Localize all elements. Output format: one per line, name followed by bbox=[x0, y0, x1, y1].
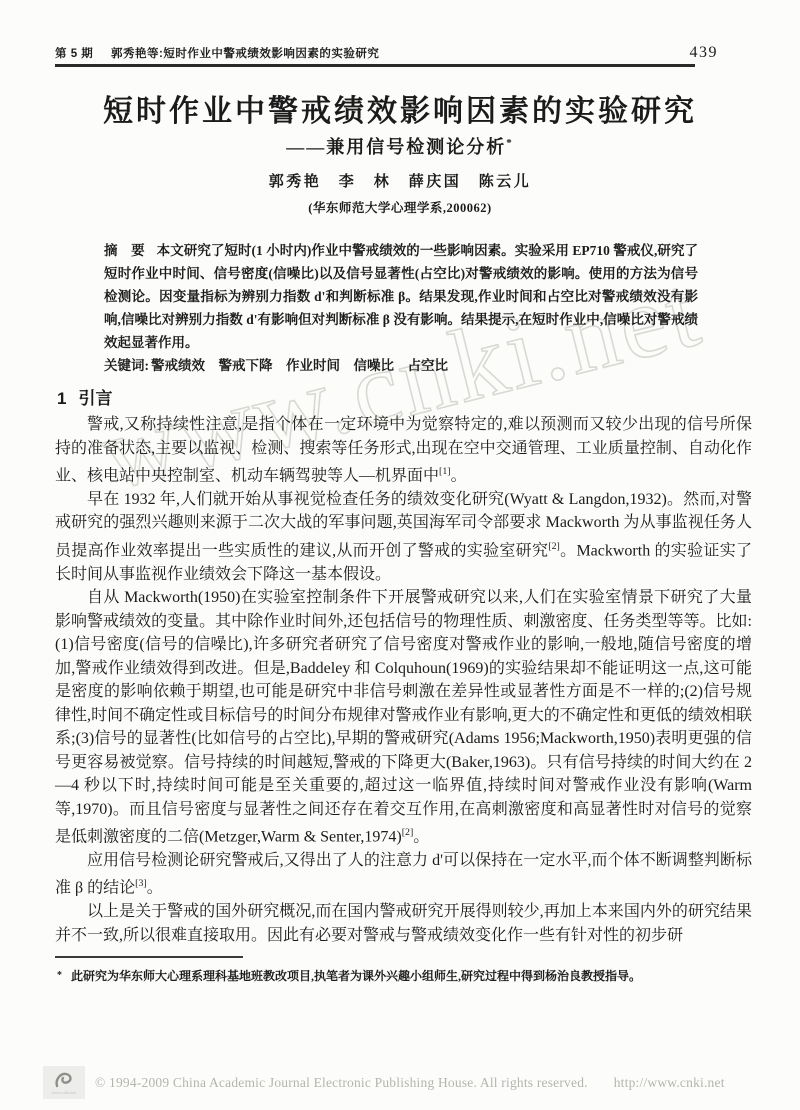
abstract-label: 摘 要 bbox=[104, 243, 145, 258]
abstract-block: 摘 要本文研究了短时(1 小时内)作业中警戒绩效的一些影响因素。实验采用 EP7… bbox=[104, 239, 698, 377]
cnki-logo-text: www.cnki.net bbox=[52, 1090, 77, 1095]
introduction-body: 警戒,又称持续性注意,是指个体在一定环境中为觉察特定的,难以预测而又较少出现的信… bbox=[55, 413, 752, 947]
cnki-footer: www.cnki.net © 1994-2009 China Academic … bbox=[43, 1066, 725, 1099]
subtitle-text: ——兼用信号检测论分析 bbox=[286, 137, 506, 157]
issue-number: 第 5 期 bbox=[55, 48, 93, 60]
footnote-divider bbox=[55, 956, 243, 958]
body-paragraph: 自从 Mackworth(1950)在实验室控制条件下开展警戒研究以来,人们在实… bbox=[55, 586, 752, 849]
keywords-line: 关键词:警戒绩效 警戒下降 作业时间 信噪比 占空比 bbox=[104, 354, 698, 377]
page-number: 439 bbox=[690, 44, 719, 62]
body-paragraph: 早在 1932 年,人们就开始从事视觉检查任务的绩效变化研究(Wyatt & L… bbox=[55, 488, 752, 586]
article-title: 短时作业中警戒绩效影响因素的实验研究 bbox=[0, 86, 800, 130]
header-rule bbox=[55, 64, 695, 67]
article-subtitle: ——兼用信号检测论分析* bbox=[0, 133, 800, 159]
copyright-text: © 1994-2009 China Academic Journal Elect… bbox=[95, 1075, 588, 1091]
cnki-logo: www.cnki.net bbox=[43, 1066, 85, 1099]
footnote-marker: * bbox=[506, 137, 514, 149]
section-title: 引言 bbox=[78, 389, 112, 408]
footnote-text: 此研究为华东师大心理系理科基地班教改项目,执笔者为课外兴趣小组师生,研究过程中得… bbox=[71, 969, 641, 983]
affiliation-line: (华东师范大学心理学系,200062) bbox=[0, 198, 800, 216]
journal-page: www.cnki.net 第 5 期 郭秀艳等:短时作业中警戒绩效影响因素的实验… bbox=[0, 0, 800, 1110]
page-header: 第 5 期 郭秀艳等:短时作业中警戒绩效影响因素的实验研究 439 bbox=[55, 44, 752, 62]
body-paragraph: 以上是关于警戒的国外研究概况,而在国内警戒研究开展得则较少,再加上本来国内外的研… bbox=[55, 900, 752, 947]
authors-line: 郭秀艳 李 林 薛庆国 陈云儿 bbox=[0, 170, 800, 191]
cnki-swirl-icon bbox=[53, 1071, 75, 1090]
footnote-mark: * bbox=[57, 970, 62, 981]
section-number: 1 bbox=[57, 389, 66, 408]
abstract-text: 本文研究了短时(1 小时内)作业中警戒绩效的一些影响因素。实验采用 EP710 … bbox=[104, 243, 698, 350]
body-paragraph: 警戒,又称持续性注意,是指个体在一定环境中为觉察特定的,难以预测而又较少出现的信… bbox=[55, 413, 752, 488]
footer-url: http://www.cnki.net bbox=[614, 1075, 725, 1091]
running-head: 第 5 期 郭秀艳等:短时作业中警戒绩效影响因素的实验研究 bbox=[55, 45, 379, 61]
abstract-paragraph: 摘 要本文研究了短时(1 小时内)作业中警戒绩效的一些影响因素。实验采用 EP7… bbox=[104, 239, 698, 354]
section-heading: 1引言 bbox=[57, 384, 112, 409]
footnote: *此研究为华东师大心理系理科基地班教改项目,执笔者为课外兴趣小组师生,研究过程中… bbox=[57, 967, 737, 984]
running-title: 郭秀艳等:短时作业中警戒绩效影响因素的实验研究 bbox=[111, 48, 379, 60]
body-paragraph: 应用信号检测论研究警戒后,又得出了人的注意力 d'可以保持在一定水平,而个体不断… bbox=[55, 849, 752, 900]
keywords-list: 警戒绩效 警戒下降 作业时间 信噪比 占空比 bbox=[151, 358, 448, 373]
keywords-label: 关键词: bbox=[104, 358, 149, 373]
